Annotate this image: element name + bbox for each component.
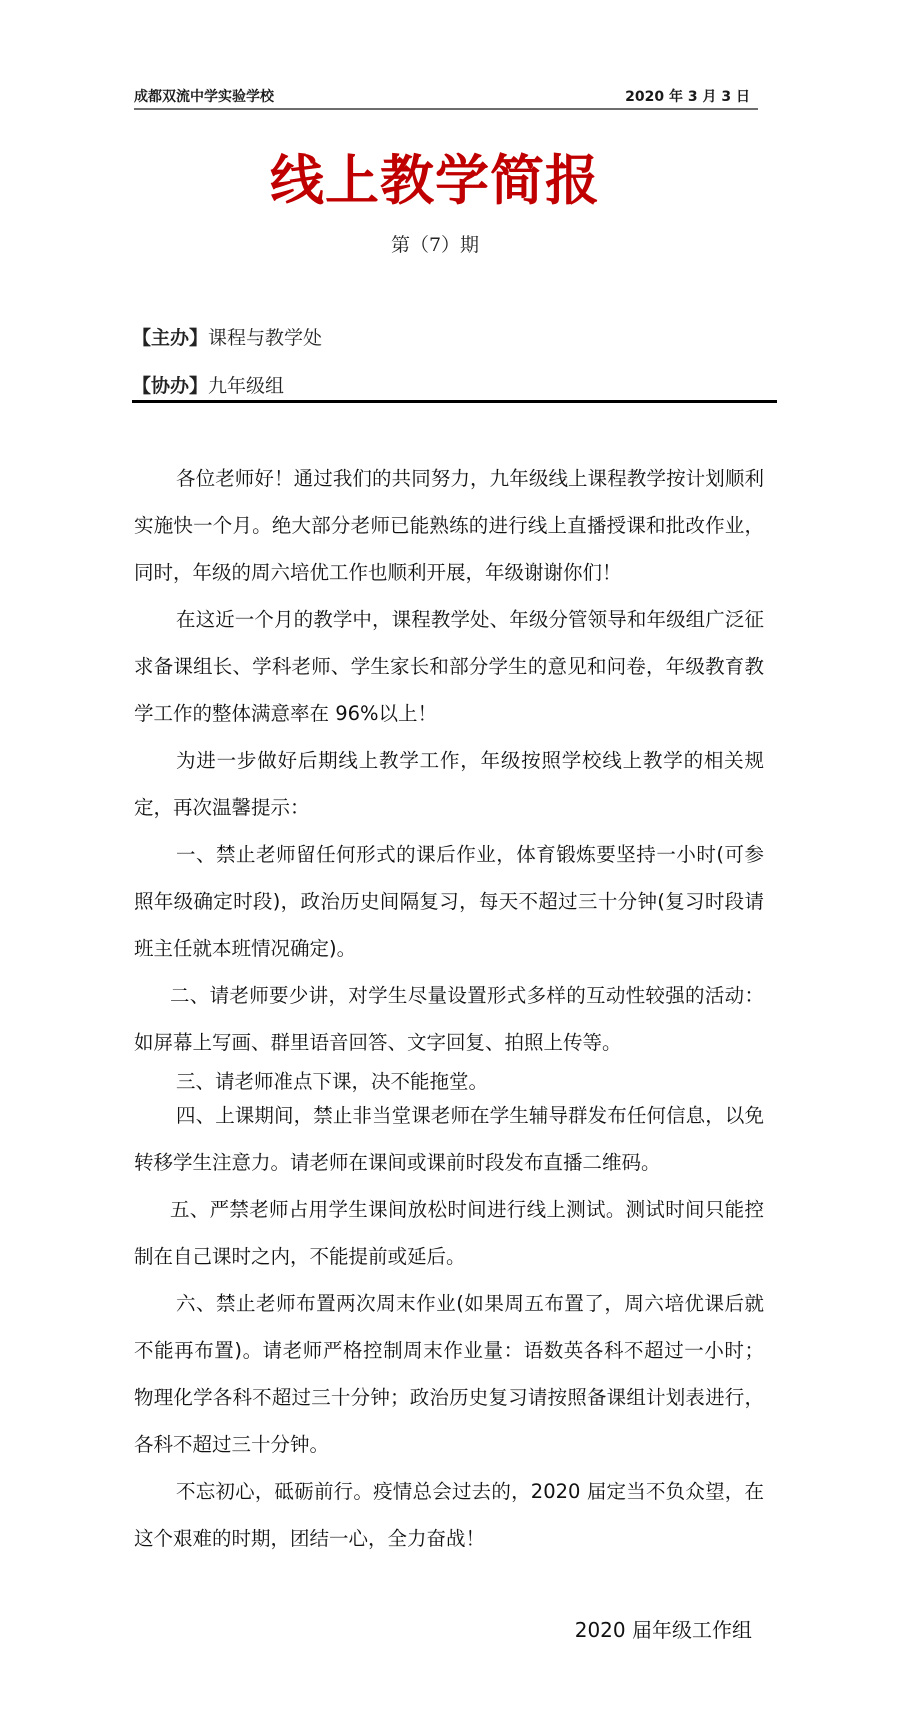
signature: 2020 届年级工作组	[575, 1614, 752, 1643]
paragraph-closing: 不忘初心，砥砺前行。疫情总会过去的，2020 届定当不负众望，在这个艰难的时期，…	[134, 1468, 764, 1562]
header-date: 2020 年 3 月 3 日	[625, 86, 750, 106]
paragraph-reminder-intro: 为进一步做好后期线上教学工作，年级按照学校线上教学的相关规定，再次温馨提示：	[134, 737, 764, 831]
paragraph-rule-6: 六、禁止老师布置两次周末作业(如果周五布置了，周六培优课后就不能再布置)。请老师…	[134, 1280, 764, 1468]
paragraph-greeting: 各位老师好！通过我们的共同努力，九年级线上课程教学按计划顺利实施快一个月。绝大部…	[134, 455, 764, 596]
paragraph-rule-2: 二、请老师要少讲，对学生尽量设置形式多样的互动性较强的活动：如屏幕上写画、群里语…	[134, 972, 764, 1066]
cohost-value: 九年级组	[208, 375, 284, 397]
page-header: 成都双流中学实验学校 2020 年 3 月 3 日	[134, 84, 758, 110]
host-line: 【主办】课程与教学处	[132, 323, 322, 350]
paragraph-rule-5: 五、严禁老师占用学生课间放松时间进行线上测试。测试时间只能控制在自己课时之内，不…	[134, 1186, 764, 1280]
school-name: 成都双流中学实验学校	[134, 86, 274, 106]
paragraph-rule-4: 四、上课期间，禁止非当堂课老师在学生辅导群发布任何信息，以免转移学生注意力。请老…	[134, 1092, 764, 1186]
issue-number: 第（7）期	[0, 230, 870, 257]
cohost-line: 【协办】九年级组	[132, 371, 284, 398]
host-value: 课程与教学处	[208, 327, 322, 349]
header-divider	[132, 400, 777, 403]
document-title: 线上教学简报	[0, 138, 870, 215]
paragraph-satisfaction: 在这近一个月的教学中，课程教学处、年级分管领导和年级组广泛征求备课组长、学科老师…	[134, 596, 764, 737]
host-label: 【主办】	[132, 327, 208, 349]
cohost-label: 【协办】	[132, 375, 208, 397]
paragraph-rule-1: 一、禁止老师留任何形式的课后作业，体育锻炼要坚持一小时(可参照年级确定时段)，政…	[134, 831, 764, 972]
